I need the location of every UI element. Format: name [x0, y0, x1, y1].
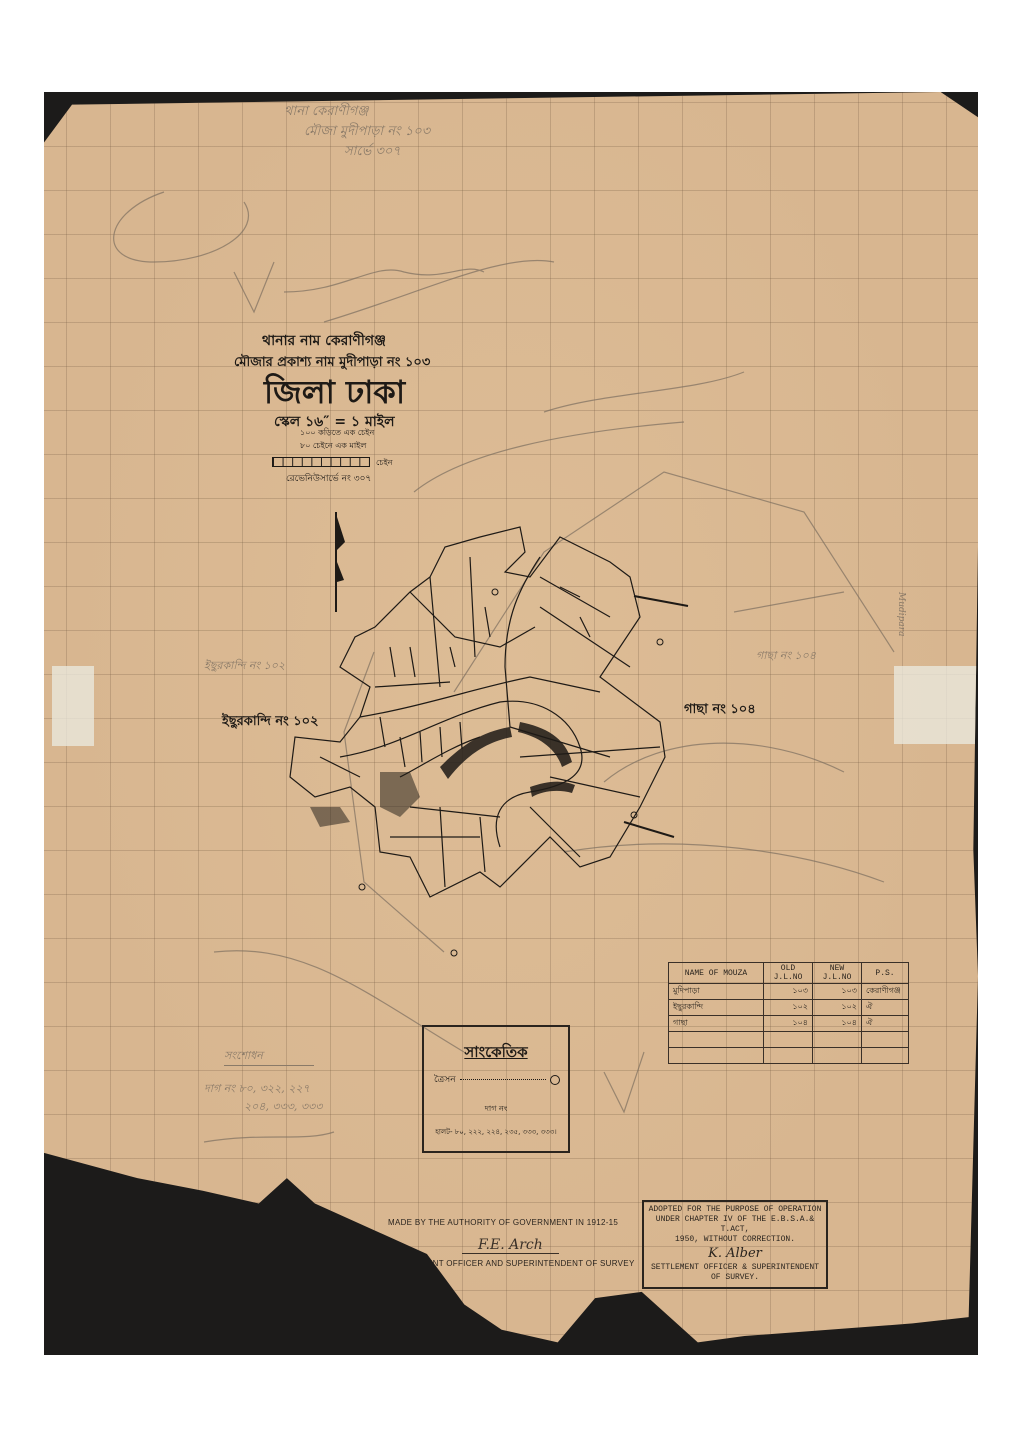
pencil-line: দাগ নং ৮০, ৩২২, ২২৭ [204, 1080, 322, 1098]
legend-item-label: ত্রৈসন [434, 1072, 456, 1087]
authority-statement: MADE BY THE AUTHORITY OF GOVERNMENT IN 1… [388, 1218, 618, 1227]
legend-box: সাংকেতিক ত্রৈসন দাগ নং হালট- ৮০, ২২২, ২২… [422, 1025, 570, 1153]
mouza-table: NAME OF MOUZA OLD J.L.NO NEW J.L.NO P.S.… [668, 962, 909, 1064]
scale-unit: চেইন [376, 457, 393, 470]
adoption-stamp: ADOPTED FOR THE PURPOSE OF OPERATION UND… [642, 1200, 828, 1289]
stamp-officer: SETTLEMENT OFFICER & SUPERINTENDENT OF S… [646, 1263, 824, 1283]
mouza-table-wrapper: NAME OF MOUZA OLD J.L.NO NEW J.L.NO P.S.… [668, 962, 909, 1064]
stamp-line: 1950, WITHOUT CORRECTION. [646, 1235, 824, 1245]
scale-note: ৮০ চেইনে এক মাইল [300, 440, 472, 453]
legend-dag-numbers: হালট- ৮০, ২২২, ২২৪, ২৩৫, ৩৩৩, ৩৩৩। [424, 1126, 568, 1138]
cell: ১০২ [764, 1000, 813, 1016]
cell: ১০৪ [813, 1016, 862, 1032]
table-row [669, 1048, 909, 1064]
cadastral-map [280, 517, 700, 957]
table-row: গাছা ১০৪ ১০৪ ঐ [669, 1016, 909, 1032]
cell: মুদিপাড়া [669, 984, 764, 1000]
title-block: থানার নাম কেরাণীগঞ্জ মৌজার প্রকাশ্য নাম … [234, 329, 564, 434]
cell: ইছুরকান্দি [669, 1000, 764, 1016]
table-row: ইছুরকান্দি ১০২ ১০২ ঐ [669, 1000, 909, 1016]
paper-sheet: থানা কেরাণীগঞ্জ মৌজা মুদীপাড়া নং ১০৩ সা… [44, 92, 978, 1355]
pencil-neighbor-west: ইছুরকান্দি নং ১০২ [204, 657, 285, 676]
neighbor-mouza-west: ইছুরকান্দি নং ১০২ [222, 712, 319, 733]
pencil-line: সংশোধন [224, 1047, 314, 1066]
header-ps: P.S. [862, 963, 909, 984]
pencil-line: ২০৪, ৩৩৩, ৩৩৩ [244, 1098, 322, 1116]
cell: কেরাণীগঞ্জ [862, 984, 909, 1000]
cell: ঐ [862, 1000, 909, 1016]
cell: ১০২ [813, 1000, 862, 1016]
cell: গাছা [669, 1016, 764, 1032]
legend-title: সাংকেতিক [424, 1041, 568, 1066]
neighbor-mouza-east: গাছা নং ১০৪ [684, 700, 756, 721]
mouza-name: মৌজার প্রকাশ্য নাম মুদীপাড়া নং ১০৩ [234, 353, 564, 374]
revenue-survey-number: রেভেনিউসার্ভে নং ৩০৭ [286, 471, 371, 486]
station-circle-icon [550, 1075, 560, 1085]
legend-item-station: ত্রৈসন [434, 1072, 560, 1087]
cell: ১০৩ [813, 984, 862, 1000]
scale-note: ১০০ কড়িতে এক চেইন [300, 427, 472, 440]
stamp-line: ADOPTED FOR THE PURPOSE OF OPERATION [646, 1205, 824, 1215]
cell: ১০৪ [764, 1016, 813, 1032]
pencil-neighbor-east: গাছা নং ১০৪ [756, 647, 816, 666]
district-name: জিলা ঢাকা [264, 374, 564, 410]
pencil-note-left: সংশোধন দাগ নং ৮০, ৩২২, ২২৭ ২০৪, ৩৩৩, ৩৩৩ [204, 1047, 322, 1116]
stamp-signature: K. Alber [646, 1245, 824, 1263]
table-row: মুদিপাড়া ১০৩ ১০৩ কেরাণীগঞ্জ [669, 984, 909, 1000]
cell: ঐ [862, 1016, 909, 1032]
header-old-jl: OLD J.L.NO [764, 963, 813, 984]
officer-title: SETTLEMENT OFFICER AND SUPERINTENDENT OF… [388, 1259, 635, 1268]
legend-dag-label: দাগ নং [424, 1103, 568, 1116]
scanned-map-sheet: থানা কেরাণীগঞ্জ মৌজা মুদীপাড়া নং ১০৩ সা… [44, 92, 978, 1355]
table-header-row: NAME OF MOUZA OLD J.L.NO NEW J.L.NO P.S. [669, 963, 909, 984]
header-new-jl: NEW J.L.NO [813, 963, 862, 984]
header-name: NAME OF MOUZA [669, 963, 764, 984]
cell: ১০৩ [764, 984, 813, 1000]
scale-bar: ১০০ কড়িতে এক চেইন ৮০ চেইনে এক মাইল চেইন [272, 427, 472, 469]
table-row [669, 1032, 909, 1048]
thana-name: থানার নাম কেরাণীগঞ্জ [262, 329, 564, 353]
stamp-line: UNDER CHAPTER IV OF THE E.B.S.A.& T.ACT, [646, 1215, 824, 1235]
officer-signature: F.E. Arch [462, 1237, 559, 1254]
pencil-margin-note: Mudipara [896, 592, 906, 636]
scale-bar-ruler [272, 457, 370, 467]
